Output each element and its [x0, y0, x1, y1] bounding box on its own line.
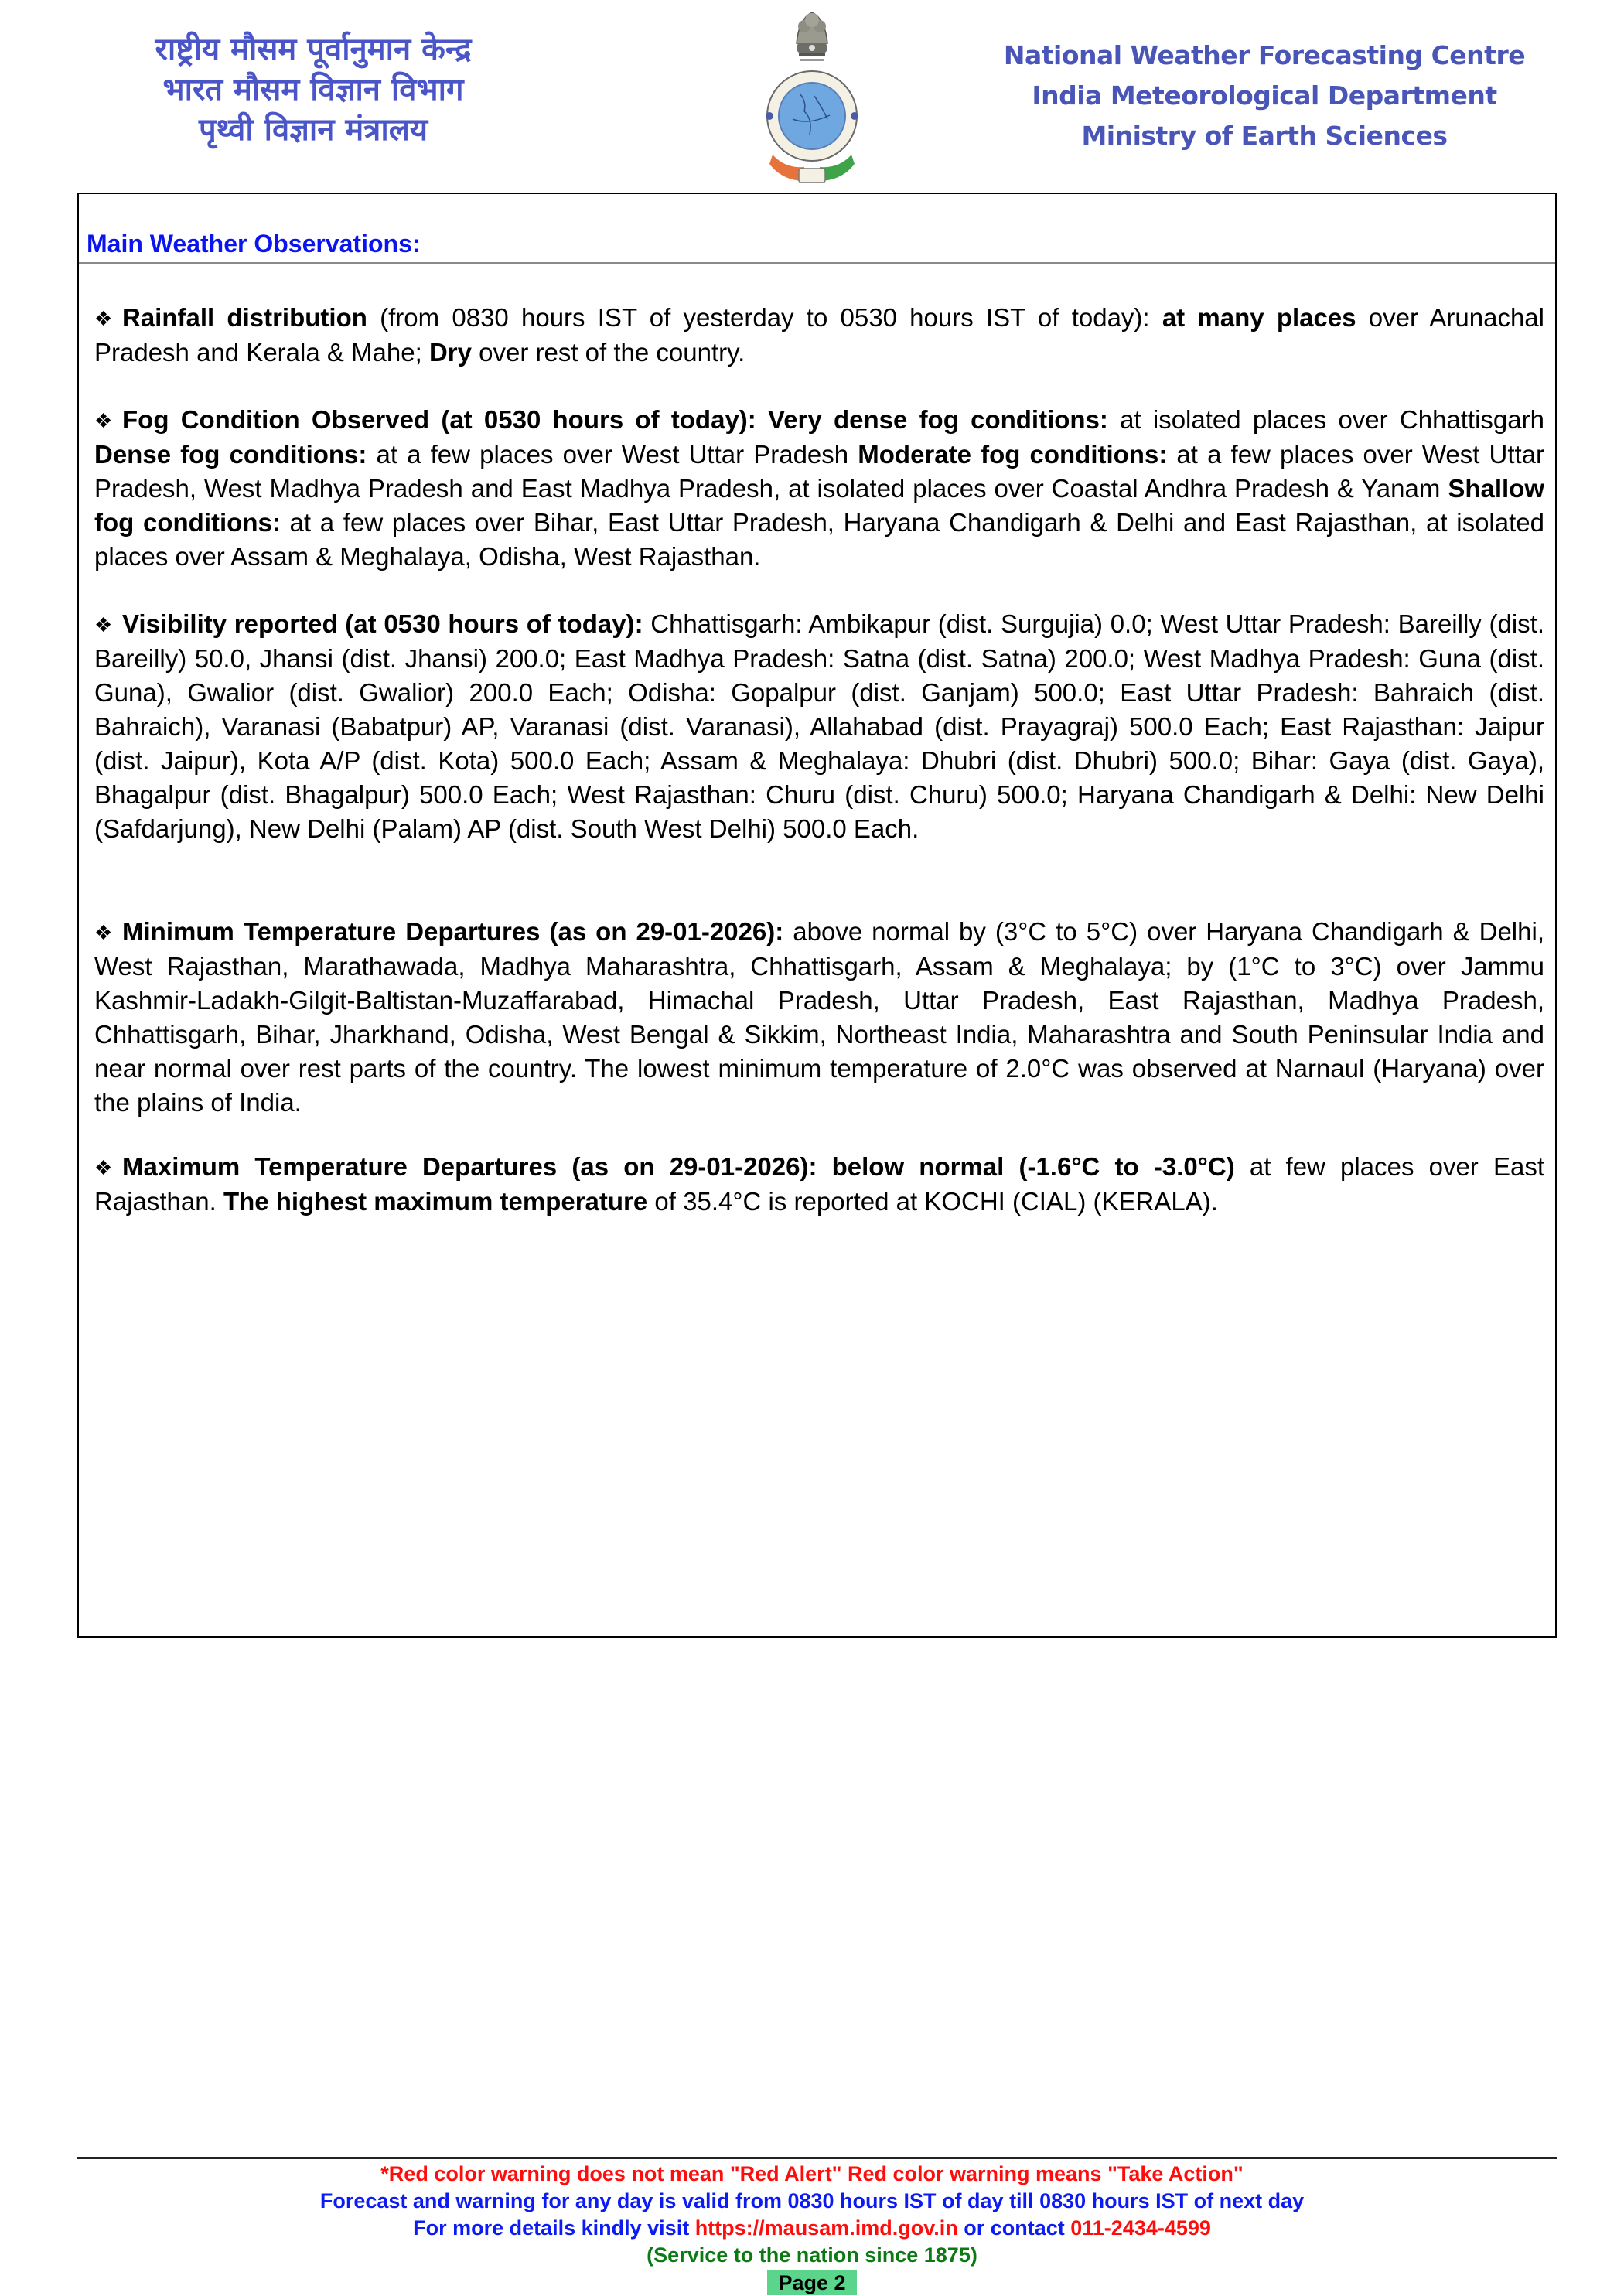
page-number-badge: Page 2 [767, 2270, 856, 2295]
visibility-text: Chhattisgarh: Ambikapur (dist. Surgujia)… [94, 609, 1544, 843]
rainfall-emphasis: Dry [429, 338, 472, 367]
rainfall-text: over rest of the country. [472, 338, 745, 367]
heading-divider [79, 262, 1555, 264]
hindi-header-line-3: पृथ्वी विज्ञान मंत्रालय [116, 110, 510, 150]
forecast-validity-note: Forecast and warning for any day is vali… [0, 2188, 1624, 2215]
diamond-bullet-icon: ❖ [94, 916, 122, 950]
min-temp-title: Minimum Temperature Departures (as on 29… [122, 917, 783, 946]
contact-line: For more details kindly visit https://ma… [0, 2215, 1624, 2242]
fog-title: Fog Condition Observed (at 0530 hours of… [122, 405, 756, 434]
max-temp-text: of 35.4°C is reported at KOCHI (CIAL) (K… [647, 1187, 1218, 1216]
fog-category: Moderate fog conditions: [858, 440, 1167, 469]
phone-number: 011-2434-4599 [1070, 2216, 1211, 2240]
footer: *Red color warning does not mean "Red Al… [0, 2161, 1624, 2296]
english-header-line-1: National Weather Forecasting Centre [998, 36, 1531, 76]
rainfall-title: Rainfall distribution [122, 303, 367, 332]
diamond-bullet-icon: ❖ [94, 404, 122, 438]
visibility-paragraph: ❖Visibility reported (at 0530 hours of t… [94, 607, 1544, 846]
footer-divider [77, 2157, 1557, 2159]
contact-mid: or contact [958, 2216, 1071, 2240]
contact-prefix: For more details kindly visit [413, 2216, 695, 2240]
min-temp-text: above normal by (3°C to 5°C) over Haryan… [94, 917, 1544, 1117]
min-temp-paragraph: ❖Minimum Temperature Departures (as on 2… [94, 915, 1544, 1120]
english-header-line-2: India Meteorological Department [998, 76, 1531, 116]
observations-panel: Main Weather Observations: ❖Rainfall dis… [77, 193, 1557, 1638]
fog-text: at a few places over Bihar, East Uttar P… [94, 508, 1544, 571]
rainfall-paragraph: ❖Rainfall distribution (from 0830 hours … [94, 301, 1544, 370]
fog-category: Very dense fog conditions: [756, 405, 1108, 434]
diamond-bullet-icon: ❖ [94, 1151, 122, 1185]
rainfall-text: (from 0830 hours IST of yesterday to 053… [367, 303, 1162, 332]
fog-category: Dense fog conditions: [94, 440, 367, 469]
english-header-line-3: Ministry of Earth Sciences [998, 116, 1531, 156]
service-tagline: (Service to the nation since 1875) [0, 2242, 1624, 2269]
observations-heading: Main Weather Observations: [87, 228, 421, 259]
max-temp-paragraph: ❖Maximum Temperature Departures (as on 2… [94, 1150, 1544, 1219]
fog-text: at a few places over West Uttar Pradesh [367, 440, 858, 469]
red-warning-note: *Red color warning does not mean "Red Al… [0, 2161, 1624, 2188]
hindi-header: राष्ट्रीय मौसम पूर्वानुमान केन्द्र भारत … [116, 29, 510, 150]
max-temp-title: Maximum Temperature Departures (as on 29… [122, 1152, 1235, 1181]
max-temp-emphasis: The highest maximum temperature [223, 1187, 647, 1216]
hindi-header-line-1: राष्ट्रीय मौसम पूर्वानुमान केन्द्र [116, 29, 510, 70]
hindi-header-line-2: भारत मौसम विज्ञान विभाग [116, 70, 510, 110]
rainfall-emphasis: at many places [1162, 303, 1356, 332]
website-link[interactable]: https://mausam.imd.gov.in [695, 2216, 958, 2240]
visibility-title: Visibility reported (at 0530 hours of to… [122, 609, 643, 638]
fog-paragraph: ❖Fog Condition Observed (at 0530 hours o… [94, 403, 1544, 574]
english-header: National Weather Forecasting Centre Indi… [998, 36, 1531, 156]
imd-emblem-icon [762, 3, 862, 186]
fog-text: at isolated places over Chhattisgarh [1108, 405, 1544, 434]
diamond-bullet-icon: ❖ [94, 302, 122, 336]
diamond-bullet-icon: ❖ [94, 608, 122, 642]
